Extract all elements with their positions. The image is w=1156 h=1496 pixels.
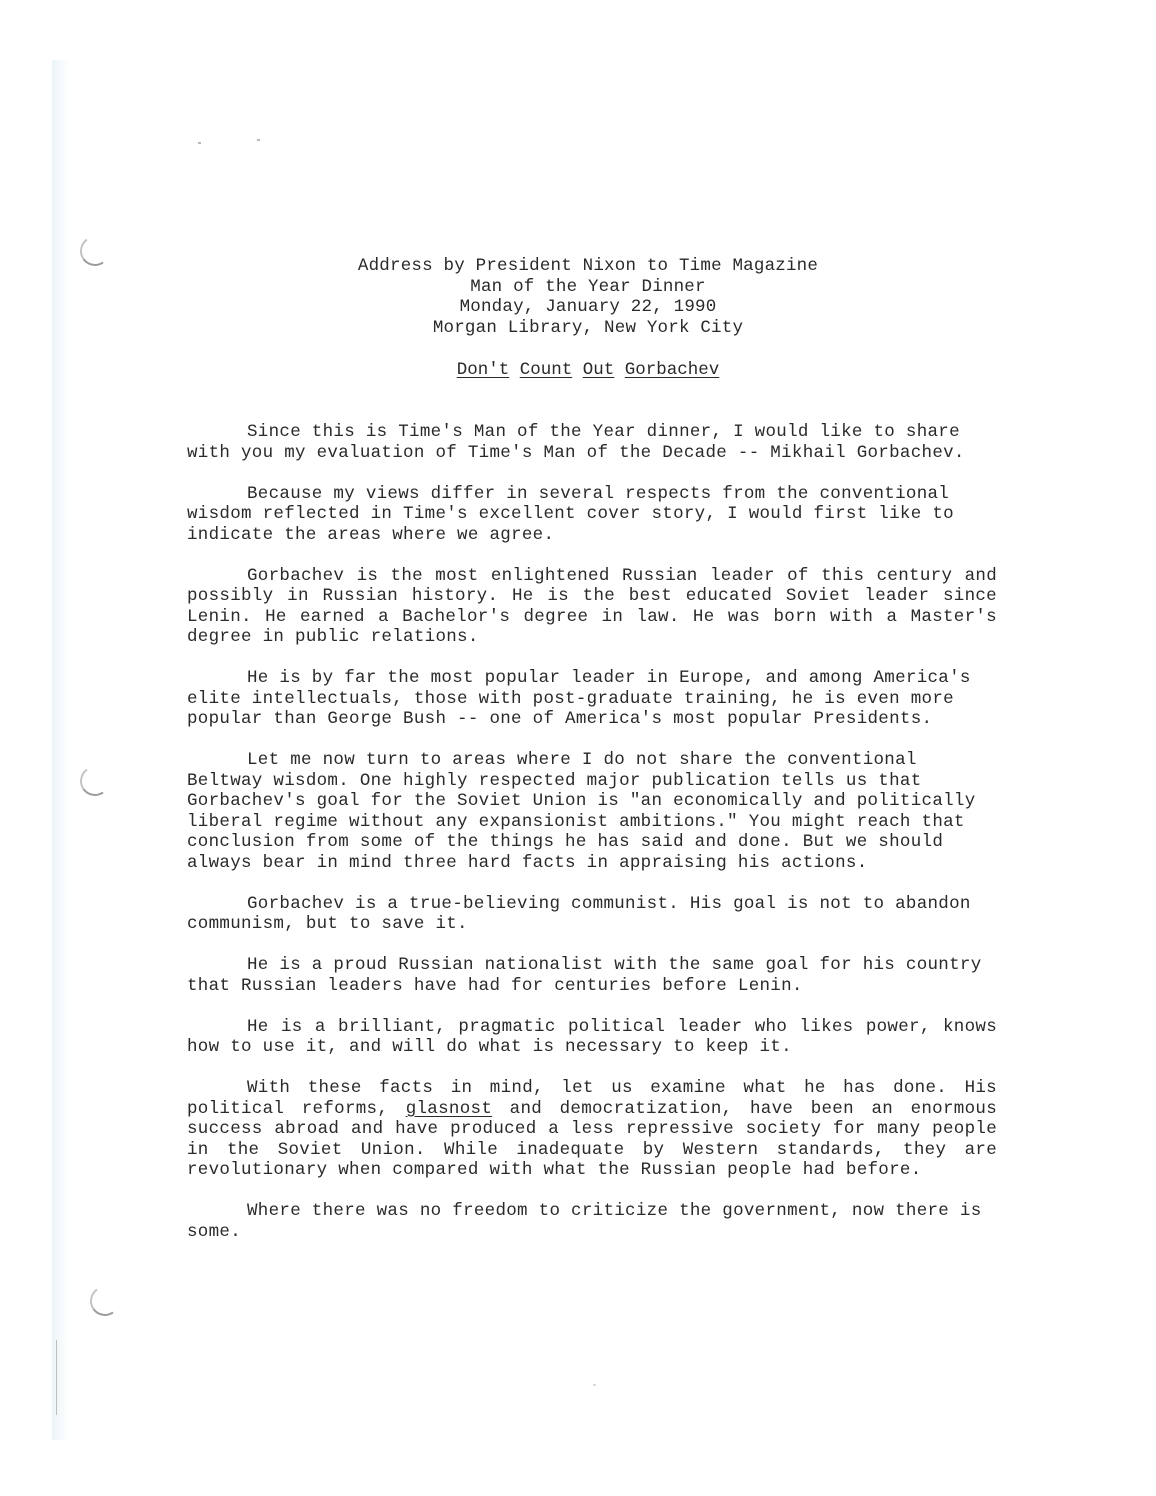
paragraph-nationalist: He is a proud Russian nationalist with t…	[187, 955, 997, 996]
binder-hole-icon	[88, 1284, 123, 1319]
scan-speck	[198, 142, 201, 144]
title-word: Count	[520, 360, 573, 380]
scan-speck	[257, 139, 260, 141]
paragraph-freedom: Where there was no freedom to criticize …	[187, 1201, 997, 1242]
heading-line-event: Man of the Year Dinner	[0, 277, 1156, 298]
document-title: Don't Count Out Gorbachev	[0, 360, 1156, 381]
title-word: Don't	[457, 360, 510, 380]
paragraph-popular-leader: He is by far the most popular leader in …	[187, 668, 997, 730]
heading-line-address: Address by President Nixon to Time Magaz…	[0, 256, 1156, 277]
glasnost-term: glasnost	[406, 1099, 492, 1119]
document-heading: Address by President Nixon to Time Magaz…	[0, 256, 1156, 338]
heading-line-date: Monday, January 22, 1990	[0, 297, 1156, 318]
scan-speck	[593, 1384, 596, 1386]
title-word: Gorbachev	[625, 360, 720, 380]
paragraph-beltway-wisdom: Let me now turn to areas where I do not …	[187, 750, 997, 873]
paragraph-reforms: With these facts in mind, let us examine…	[187, 1078, 997, 1181]
paragraph-true-believer: Gorbachev is a true-believing communist.…	[187, 894, 997, 935]
paragraph-enlightened-leader: Gorbachev is the most enlightened Russia…	[187, 566, 997, 648]
title-word: Out	[583, 360, 615, 380]
heading-line-location: Morgan Library, New York City	[0, 318, 1156, 339]
paragraph-pragmatic-leader: He is a brilliant, pragmatic political l…	[187, 1017, 997, 1058]
scanned-page: Address by President Nixon to Time Magaz…	[0, 0, 1156, 1496]
document-body: Since this is Time's Man of the Year din…	[187, 422, 997, 1263]
paragraph-intro: Since this is Time's Man of the Year din…	[187, 422, 997, 463]
paragraph-views-differ: Because my views differ in several respe…	[187, 484, 997, 546]
scan-edge-line	[56, 1340, 57, 1415]
binder-hole-icon	[78, 764, 113, 799]
